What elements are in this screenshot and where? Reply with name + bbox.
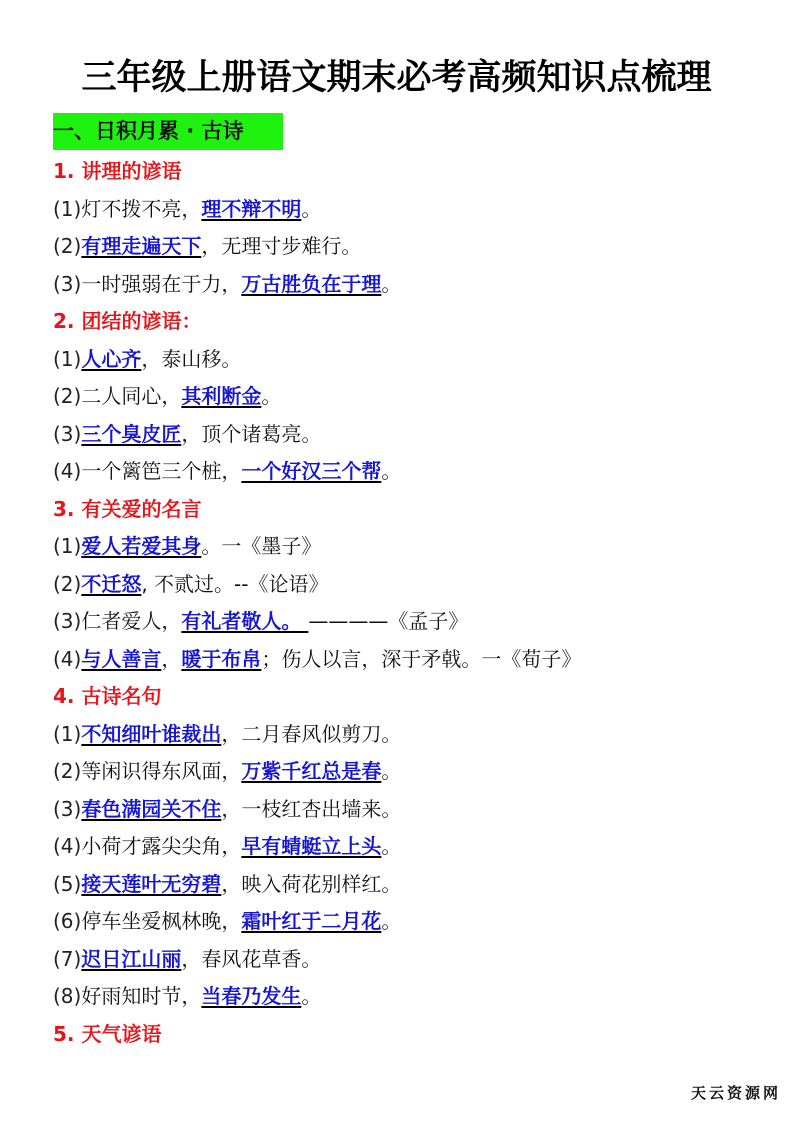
highlighted-answer: 其利断金: [181, 384, 261, 408]
section-heading: 2. 团结的谚语：: [53, 303, 773, 341]
item-number: (2): [53, 759, 81, 783]
list-item: (1)灯不拨不亮，理不辩不明。: [53, 191, 773, 229]
item-text: 。: [381, 909, 401, 933]
item-number: (2): [53, 572, 81, 596]
item-number: (5): [53, 872, 81, 896]
page-title: 三年级上册语文期末必考高频知识点梳理: [0, 52, 793, 104]
list-item: (2)有理走遍天下，无理寸步难行。: [53, 228, 773, 266]
item-text: 。: [381, 759, 401, 783]
item-number: (8): [53, 984, 81, 1008]
highlighted-answer: 万古胜负在于理: [241, 272, 381, 296]
item-text: 等闲识得东风面，: [81, 759, 241, 783]
item-number: (6): [53, 909, 81, 933]
item-number: (7): [53, 947, 81, 971]
item-number: (1): [53, 722, 81, 746]
item-number: (4): [53, 834, 81, 858]
highlighted-answer: 当春乃发生: [201, 984, 301, 1008]
highlighted-answer: 理不辩不明: [201, 197, 301, 221]
item-text: 。: [301, 197, 321, 221]
list-item: (3)春色满园关不住，一枝红杏出墙来。: [53, 791, 773, 829]
section-heading: 3. 有关爱的名言: [53, 491, 773, 529]
item-number: (1): [53, 197, 81, 221]
item-text: 。: [381, 834, 401, 858]
list-item: (2)二人同心，其利断金。: [53, 378, 773, 416]
list-item: (8)好雨知时节，当春乃发生。: [53, 978, 773, 1016]
item-number: (2): [53, 234, 81, 258]
highlighted-answer: 爱人若爱其身: [81, 534, 201, 558]
item-text: 。一《墨子》: [201, 534, 321, 558]
item-number: (1): [53, 347, 81, 371]
item-number: (3): [53, 422, 81, 446]
highlighted-answer: 人心齐: [81, 347, 141, 371]
item-text: 停车坐爱枫林晚，: [81, 909, 241, 933]
list-item: (5)接天莲叶无穷碧，映入荷花别样红。: [53, 866, 773, 904]
item-text: ，二月春风似剪刀。: [221, 722, 401, 746]
item-text: ，一枝红杏出墙来。: [221, 797, 401, 821]
item-text: ，春风花草香。: [181, 947, 321, 971]
list-item: (4)小荷才露尖尖角，早有蜻蜓立上头。: [53, 828, 773, 866]
item-text: 。: [381, 459, 401, 483]
item-text: 灯不拨不亮，: [81, 197, 201, 221]
highlighted-answer: 一个好汉三个帮: [241, 459, 381, 483]
item-number: (3): [53, 609, 81, 633]
list-item: (4)一个篱笆三个桩，一个好汉三个帮。: [53, 453, 773, 491]
highlighted-answer: 接天莲叶无穷碧: [81, 872, 221, 896]
list-item: (3)仁者爱人，有礼者敬人。 ————《孟子》: [53, 603, 773, 641]
item-text: 一个篱笆三个桩，: [81, 459, 241, 483]
item-number: (1): [53, 534, 81, 558]
item-text: ，泰山移。: [141, 347, 241, 371]
highlighted-answer: 有理走遍天下: [81, 234, 201, 258]
item-text: ；伤人以言，深于矛戟。一《荀子》: [261, 647, 581, 671]
section-banner-label: 一、日积月累 · 古诗: [53, 113, 283, 150]
highlighted-answer: 迟日江山丽: [81, 947, 181, 971]
highlighted-answer: 万紫千红总是春: [241, 759, 381, 783]
list-item: (6)停车坐爱枫林晚，霜叶红于二月花。: [53, 903, 773, 941]
list-item: (1)爱人若爱其身。一《墨子》: [53, 528, 773, 566]
list-item: (1)人心齐，泰山移。: [53, 341, 773, 379]
highlighted-answer: 霜叶红于二月花: [241, 909, 381, 933]
highlighted-answer: 春色满园关不住: [81, 797, 221, 821]
item-text: ，顶个诸葛亮。: [181, 422, 321, 446]
highlighted-answer: 不迁怒: [81, 572, 141, 596]
list-item: (3)一时强弱在于力，万古胜负在于理。: [53, 266, 773, 304]
item-text: 。: [381, 272, 401, 296]
list-item: (4)与人善言，暖于布帛；伤人以言，深于矛戟。一《荀子》: [53, 641, 773, 679]
item-number: (3): [53, 797, 81, 821]
item-text: , 不贰过。--《论语》: [141, 572, 328, 596]
highlighted-answer: 与人善言: [81, 647, 161, 671]
section-heading: 5. 天气谚语: [53, 1016, 773, 1054]
item-text: 。: [261, 384, 281, 408]
list-item: (7)迟日江山丽，春风花草香。: [53, 941, 773, 979]
item-text: 。: [301, 984, 321, 1008]
highlighted-answer: 暖于布帛: [181, 647, 261, 671]
section-banner: 一、日积月累 · 古诗: [53, 113, 283, 150]
list-item: (1)不知细叶谁裁出，二月春风似剪刀。: [53, 716, 773, 754]
item-text: 二人同心，: [81, 384, 181, 408]
item-text: ————《孟子》: [308, 609, 468, 633]
list-item: (2)等闲识得东风面，万紫千红总是春。: [53, 753, 773, 791]
highlighted-answer: 有礼者敬人。: [181, 609, 308, 633]
item-text: 好雨知时节，: [81, 984, 201, 1008]
highlighted-answer: 早有蜻蜓立上头: [241, 834, 381, 858]
item-number: (4): [53, 647, 81, 671]
item-number: (2): [53, 384, 81, 408]
item-text: 仁者爱人，: [81, 609, 181, 633]
content-body: 1. 讲理的谚语(1)灯不拨不亮，理不辩不明。(2)有理走遍天下，无理寸步难行。…: [53, 153, 773, 1053]
section-heading: 4. 古诗名句: [53, 678, 773, 716]
item-number: (3): [53, 272, 81, 296]
list-item: (2)不迁怒, 不贰过。--《论语》: [53, 566, 773, 604]
item-text: 小荷才露尖尖角，: [81, 834, 241, 858]
highlighted-answer: 不知细叶谁裁出: [81, 722, 221, 746]
item-text: ，映入荷花别样红。: [221, 872, 401, 896]
item-text: 一时强弱在于力，: [81, 272, 241, 296]
item-number: (4): [53, 459, 81, 483]
item-text: ，: [161, 647, 181, 671]
list-item: (3)三个臭皮匠，顶个诸葛亮。: [53, 416, 773, 454]
section-heading: 1. 讲理的谚语: [53, 153, 773, 191]
highlighted-answer: 三个臭皮匠: [81, 422, 181, 446]
item-text: ，无理寸步难行。: [201, 234, 361, 258]
watermark: 天云资源网: [691, 1082, 781, 1103]
